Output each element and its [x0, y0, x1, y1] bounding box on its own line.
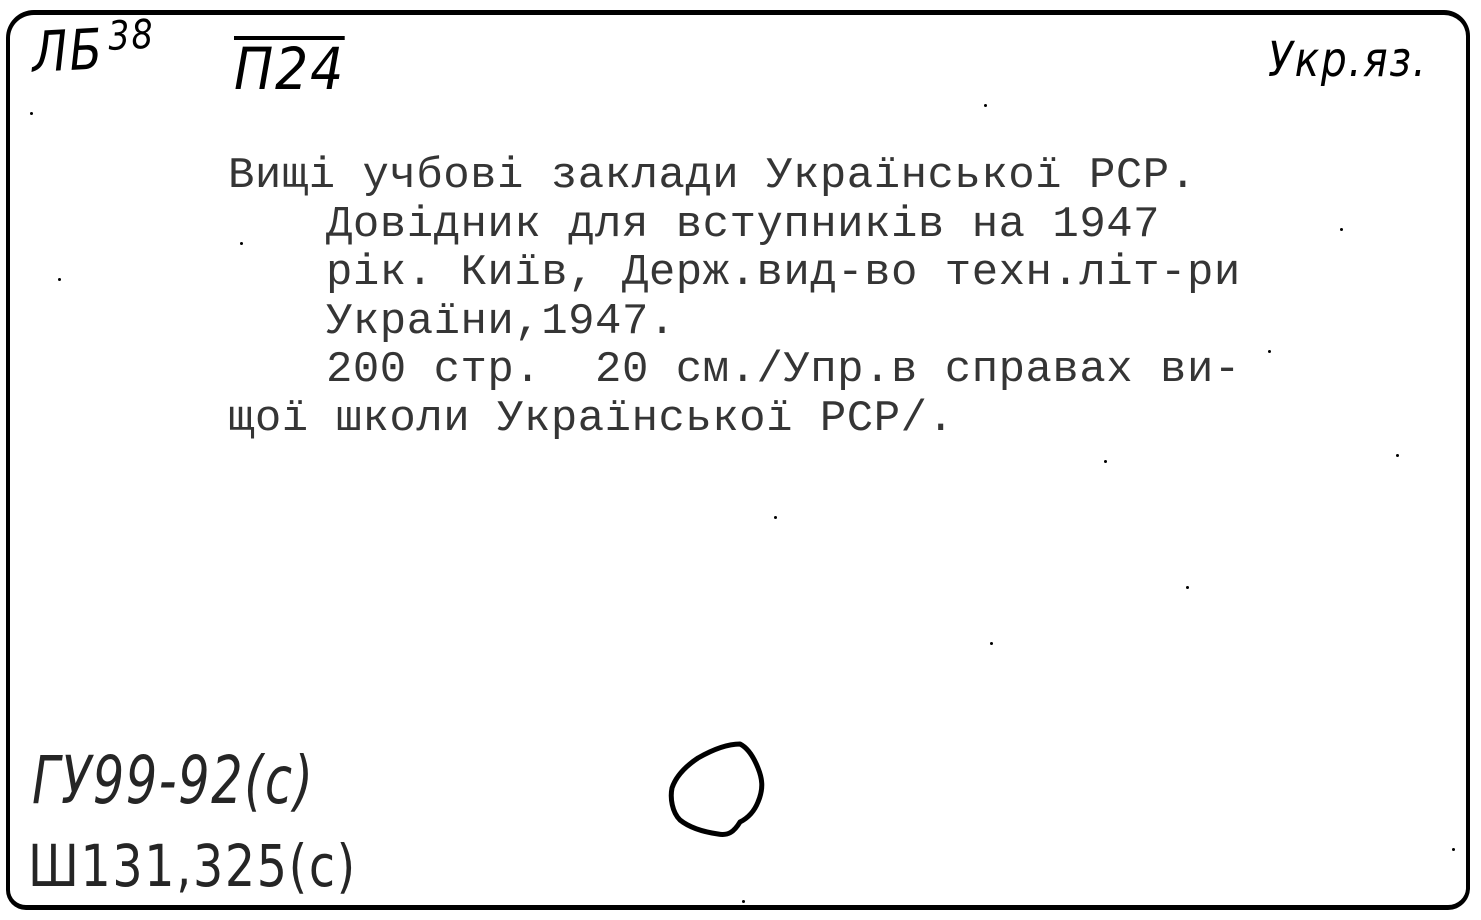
call-number: П24	[234, 36, 345, 98]
typed-line: щої школи Української РСР/.	[228, 395, 1468, 444]
shelf-code-letters: ЛБ	[30, 17, 105, 86]
scan-speck	[1396, 454, 1399, 457]
inventory-number-2: Ш131,325(с)	[28, 832, 357, 900]
typed-line: Довідник для вступників на 1947	[228, 201, 1468, 250]
typed-line: України,1947.	[228, 298, 1468, 347]
shelf-code-number: 38	[107, 12, 156, 60]
language-label: Укр.яз.	[1268, 32, 1427, 88]
typed-line: Вищі учбові заклади Української РСР.	[228, 152, 1468, 201]
bibliographic-entry: Вищі учбові заклади Української РСР.Дові…	[228, 152, 1468, 443]
scan-speck	[742, 900, 745, 903]
scan-speck	[990, 642, 993, 645]
scan-speck	[1268, 350, 1271, 353]
scan-speck	[774, 516, 777, 519]
scan-speck	[984, 104, 987, 107]
punch-hole-icon	[668, 740, 772, 838]
inventory-number-1: ГУ99-92(с)	[32, 742, 314, 819]
typed-line: 200 стр. 20 см./Упр.в справах ви-	[228, 346, 1468, 395]
scan-speck	[1104, 460, 1107, 463]
typed-line: рік. Київ, Держ.вид-во техн.літ-ри	[228, 249, 1468, 298]
shelf-code: ЛБ38	[30, 12, 157, 86]
scan-speck	[1340, 228, 1343, 231]
scan-speck	[1186, 586, 1189, 589]
scan-speck	[30, 112, 33, 115]
scan-speck	[240, 242, 243, 245]
scan-speck	[1452, 848, 1455, 851]
scan-speck	[58, 278, 61, 281]
